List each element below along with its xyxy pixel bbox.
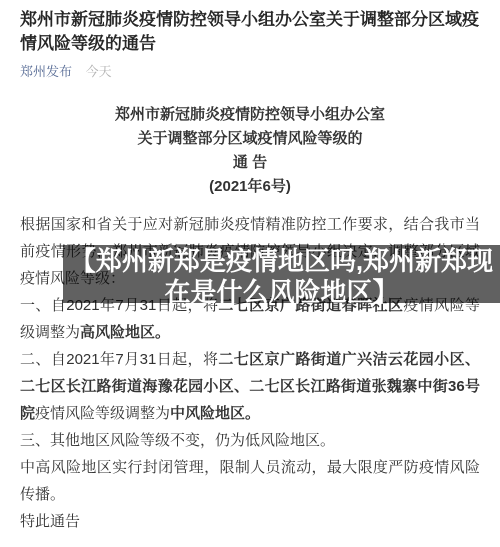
source-account-link[interactable]: 郑州发布: [20, 64, 72, 79]
ad-caption-overlay[interactable]: 【郑州新郑是疫情地区吗,郑州新郑现 在是什么风险地区】: [63, 245, 500, 303]
doc-header: 郑州市新冠肺炎疫情防控领导小组办公室 关于调整部分区域疫情风险等级的 通 告 (…: [20, 103, 480, 199]
doc-header-line-4: (2021年6号): [20, 175, 480, 199]
paragraph-closing: 特此通告: [20, 508, 480, 535]
p2-level-bold: 中风险地区。: [170, 405, 260, 422]
p1-level-bold: 高风险地区。: [80, 324, 170, 341]
overlay-text-line-2: 在是什么风险地区】: [63, 277, 500, 308]
publish-date: 今天: [86, 64, 112, 79]
doc-header-line-2: 关于调整部分区域疫情风险等级的: [20, 127, 480, 151]
p2-mid: 疫情风险等级调整为: [35, 405, 170, 422]
paragraph-management: 中高风险地区实行封闭管理，限制人员流动，最大限度严防疫情风险传播。: [20, 454, 480, 508]
p2-pre: 二、自2021年7月31日起，将: [20, 351, 218, 368]
doc-header-line-3: 通 告: [20, 151, 480, 175]
doc-header-line-1: 郑州市新冠肺炎疫情防控领导小组办公室: [20, 103, 480, 127]
page-title: 郑州市新冠肺炎疫情防控领导小组办公室关于调整部分区域疫情风险等级的通告: [20, 8, 480, 56]
byline: 郑州发布 今天: [20, 64, 480, 79]
article-page: 郑州市新冠肺炎疫情防控领导小组办公室关于调整部分区域疫情风险等级的通告 郑州发布…: [0, 0, 500, 547]
overlay-text-line-1: 【郑州新郑是疫情地区吗,郑州新郑现: [63, 246, 500, 277]
paragraph-item-2: 二、自2021年7月31日起，将二七区京广路街道广兴洁云花园小区、二七区长江路街…: [20, 346, 480, 427]
paragraph-item-3: 三、其他地区风险等级不变，仍为低风险地区。: [20, 427, 480, 454]
